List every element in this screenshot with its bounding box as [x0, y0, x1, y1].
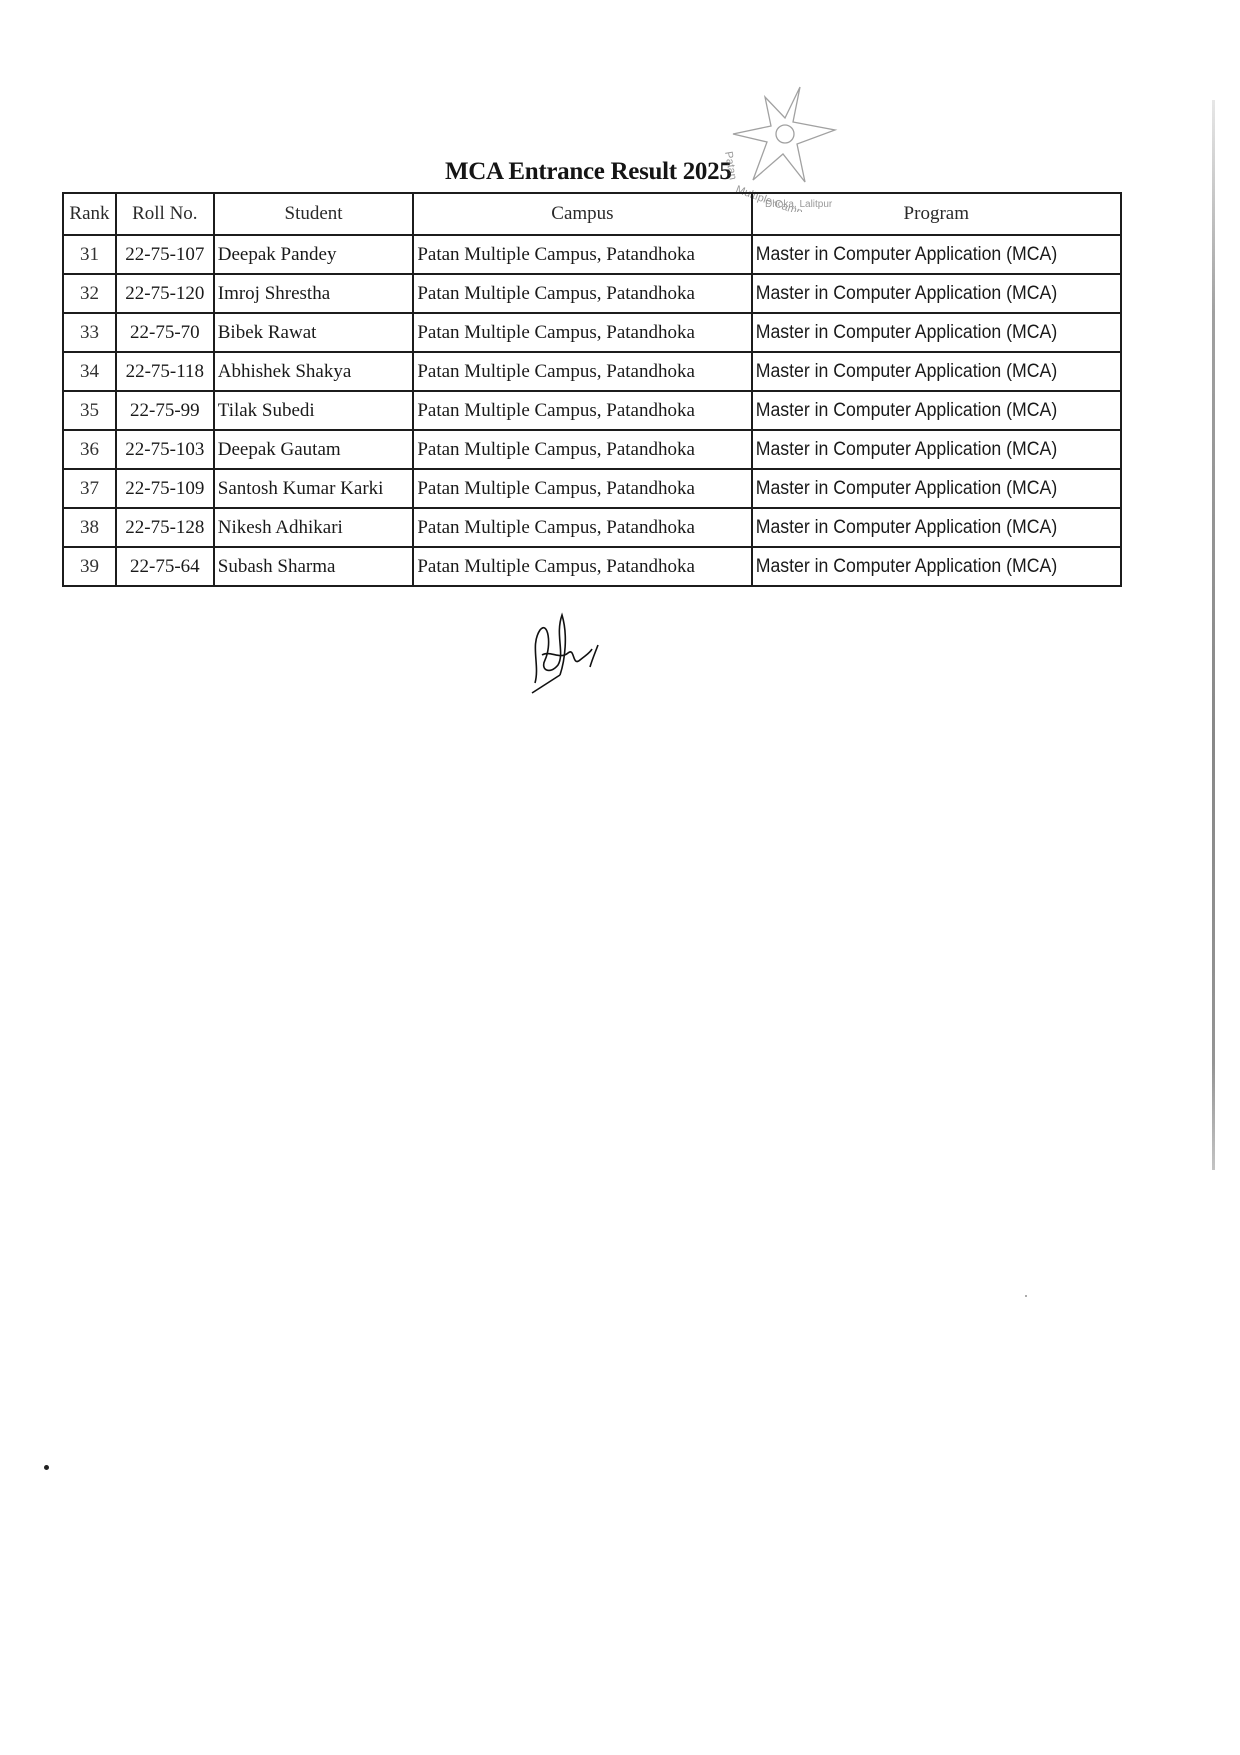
column-header-campus: Campus — [413, 193, 751, 235]
cell-roll: 22-75-109 — [116, 469, 214, 508]
cell-student: Abhishek Shakya — [214, 352, 414, 391]
scan-artifact-line — [1212, 100, 1215, 1170]
cell-roll: 22-75-128 — [116, 508, 214, 547]
signature-icon — [520, 605, 610, 695]
scan-speck — [1025, 1295, 1027, 1297]
cell-rank: 33 — [63, 313, 116, 352]
cell-roll: 22-75-118 — [116, 352, 214, 391]
table-row: 3322-75-70Bibek RawatPatan Multiple Camp… — [63, 313, 1121, 352]
cell-program: Master in Computer Application (MCA) — [752, 352, 1096, 391]
cell-student: Tilak Subedi — [214, 391, 414, 430]
cell-roll: 22-75-103 — [116, 430, 214, 469]
results-table: RankRoll No.StudentCampusProgram 3122-75… — [62, 192, 1122, 587]
table-header-row: RankRoll No.StudentCampusProgram — [63, 193, 1121, 235]
table-row: 3722-75-109Santosh Kumar KarkiPatan Mult… — [63, 469, 1121, 508]
cell-rank: 35 — [63, 391, 116, 430]
cell-roll: 22-75-70 — [116, 313, 214, 352]
table-row: 3422-75-118Abhishek ShakyaPatan Multiple… — [63, 352, 1121, 391]
cell-program: Master in Computer Application (MCA) — [752, 391, 1096, 430]
cell-campus: Patan Multiple Campus, Patandhoka — [413, 235, 751, 274]
cell-campus: Patan Multiple Campus, Patandhoka — [413, 430, 751, 469]
cell-rank: 34 — [63, 352, 116, 391]
column-header-roll-no: Roll No. — [116, 193, 214, 235]
cell-roll: 22-75-99 — [116, 391, 214, 430]
cell-roll: 22-75-64 — [116, 547, 214, 586]
cell-program: Master in Computer Application (MCA) — [752, 235, 1096, 274]
cell-campus: Patan Multiple Campus, Patandhoka — [413, 313, 751, 352]
cell-rank: 32 — [63, 274, 116, 313]
cell-rank: 31 — [63, 235, 116, 274]
table-row: 3922-75-64Subash SharmaPatan Multiple Ca… — [63, 547, 1121, 586]
cell-rank: 38 — [63, 508, 116, 547]
table-row: 3222-75-120Imroj ShresthaPatan Multiple … — [63, 274, 1121, 313]
cell-campus: Patan Multiple Campus, Patandhoka — [413, 352, 751, 391]
cell-campus: Patan Multiple Campus, Patandhoka — [413, 547, 751, 586]
table-row: 3522-75-99Tilak SubediPatan Multiple Cam… — [63, 391, 1121, 430]
cell-student: Bibek Rawat — [214, 313, 414, 352]
column-header-student: Student — [214, 193, 414, 235]
cell-student: Subash Sharma — [214, 547, 414, 586]
cell-student: Deepak Gautam — [214, 430, 414, 469]
cell-roll: 22-75-120 — [116, 274, 214, 313]
cell-program: Master in Computer Application (MCA) — [752, 313, 1096, 352]
cell-program: Master in Computer Application (MCA) — [752, 547, 1096, 586]
table-row: 3622-75-103Deepak GautamPatan Multiple C… — [63, 430, 1121, 469]
cell-student: Deepak Pandey — [214, 235, 414, 274]
cell-campus: Patan Multiple Campus, Patandhoka — [413, 274, 751, 313]
table-row: 3122-75-107Deepak PandeyPatan Multiple C… — [63, 235, 1121, 274]
cell-program: Master in Computer Application (MCA) — [752, 274, 1096, 313]
cell-student: Imroj Shrestha — [214, 274, 414, 313]
cell-campus: Patan Multiple Campus, Patandhoka — [413, 508, 751, 547]
cell-campus: Patan Multiple Campus, Patandhoka — [413, 469, 751, 508]
svg-text:Patan: Patan — [722, 150, 739, 180]
cell-rank: 37 — [63, 469, 116, 508]
cell-campus: Patan Multiple Campus, Patandhoka — [413, 391, 751, 430]
column-header-rank: Rank — [63, 193, 116, 235]
cell-roll: 22-75-107 — [116, 235, 214, 274]
cell-student: Nikesh Adhikari — [214, 508, 414, 547]
cell-student: Santosh Kumar Karki — [214, 469, 414, 508]
cell-program: Master in Computer Application (MCA) — [752, 430, 1096, 469]
cell-program: Master in Computer Application (MCA) — [752, 469, 1096, 508]
table-row: 3822-75-128Nikesh AdhikariPatan Multiple… — [63, 508, 1121, 547]
column-header-program: Program — [752, 193, 1121, 235]
cell-rank: 36 — [63, 430, 116, 469]
cell-rank: 39 — [63, 547, 116, 586]
cell-program: Master in Computer Application (MCA) — [752, 508, 1096, 547]
scan-speck — [44, 1465, 49, 1470]
page-title: MCA Entrance Result 2025 — [445, 158, 732, 186]
